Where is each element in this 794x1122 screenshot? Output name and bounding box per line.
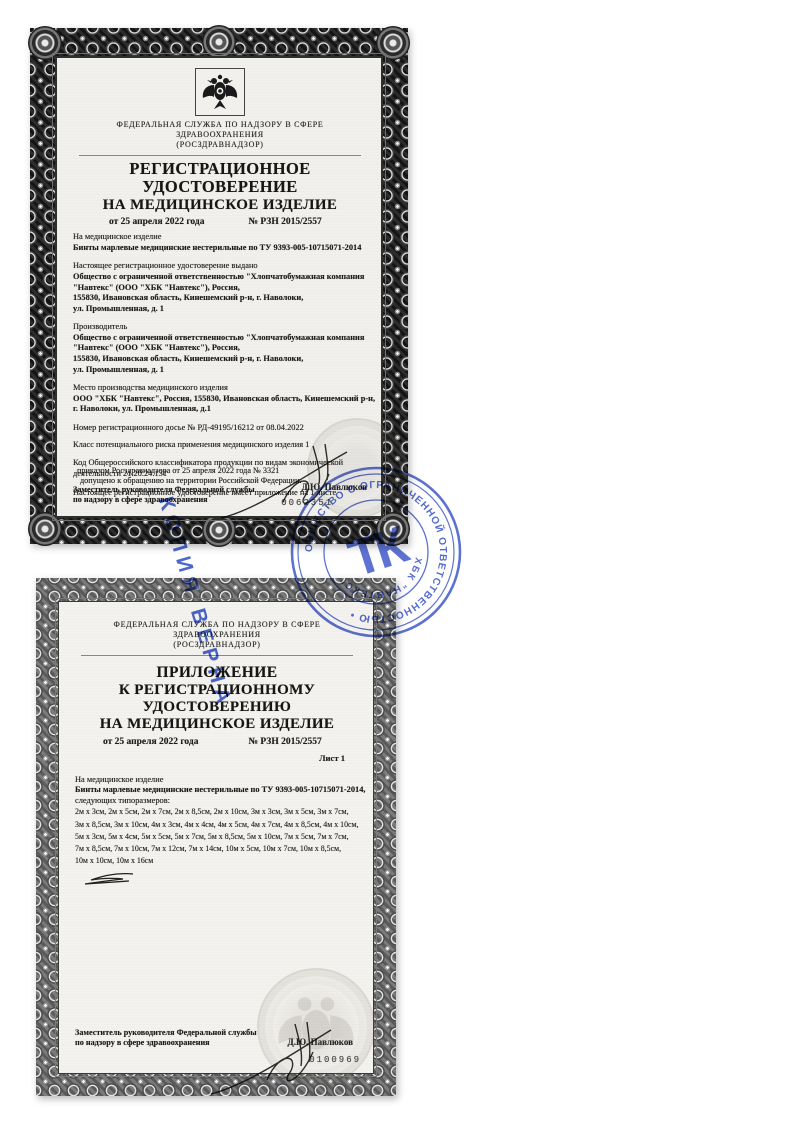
sizes-line: 7м х 8,5см, 7м х 10см, 7м х 12см, 7м х 1… xyxy=(75,843,359,855)
agency-line2: (РОСЗДРАВНАДЗОР) xyxy=(73,140,367,150)
sizes-line: 5м х 3см, 5м х 4см, 5м х 5см, 5м х 7см, … xyxy=(75,831,359,843)
product-name: Бинты марлевые медицинские нестерильные … xyxy=(73,243,367,254)
certificate-title-line1: РЕГИСТРАЦИОННОЕ УДОСТОВЕРЕНИЕ xyxy=(73,160,367,197)
issued-label: Настоящее регистрационное удостоверение … xyxy=(73,261,367,272)
divider xyxy=(79,155,361,156)
product-name: Бинты марлевые медицинские нестерильные … xyxy=(75,785,359,796)
signature xyxy=(209,1018,359,1102)
certificate-page: ФЕДЕРАЛЬНАЯ СЛУЖБА ПО НАДЗОРУ В СФЕРЕ ЗД… xyxy=(55,56,383,518)
scanned-page: ФЕДЕРАЛЬНАЯ СЛУЖБА ПО НАДЗОРУ В СФЕРЕ ЗД… xyxy=(0,0,794,1122)
issue-date: от 25 апреля 2022 года xyxy=(109,217,204,227)
issued-to-line: Общество с ограниченной ответственностью… xyxy=(73,272,367,283)
list-end-flourish xyxy=(83,870,139,888)
sizes-line: 10м х 10см, 10м х 16см xyxy=(75,855,359,867)
agency-line1: ФЕДЕРАЛЬНАЯ СЛУЖБА ПО НАДЗОРУ В СФЕРЕ ЗД… xyxy=(73,120,367,140)
date-number-row: от 25 апреля 2022 года № РЗН 2015/2557 xyxy=(73,217,367,227)
border-ornament xyxy=(376,26,410,60)
place-line: г. Наволоки, ул. Промышленная, д.1 xyxy=(73,404,367,415)
border-ornament xyxy=(28,26,62,60)
issued-to-line: "Навтекс" (ООО "ХБК "Навтекс"), Россия, xyxy=(73,283,367,294)
manufacturer-line: ул. Промышленная, д. 1 xyxy=(73,365,367,376)
place-line: ООО "ХБК "Навтекс", Россия, 155830, Иван… xyxy=(73,394,367,405)
registration-number: № РЗН 2015/2557 xyxy=(248,737,321,747)
manufacturer-line: "Навтекс" (ООО "ХБК "Навтекс"), Россия, xyxy=(73,343,367,354)
coat-of-arms xyxy=(195,68,245,116)
issued-to-line: ул. Промышленная, д. 1 xyxy=(73,304,367,315)
manufacturer-line: Общество с ограниченной ответственностью… xyxy=(73,333,367,344)
registration-number: № РЗН 2015/2557 xyxy=(248,217,321,227)
annex-title-line3: НА МЕДИЦИНСКОЕ ИЗДЕЛИЕ xyxy=(75,716,359,733)
sizes-list: 2м х 3см, 2м х 5см, 2м х 7см, 2м х 8,5см… xyxy=(75,806,359,867)
sizes-line: 3м х 8,5см, 3м х 10см, 4м х 3см, 4м х 4с… xyxy=(75,819,359,831)
sizes-intro: следующих типоразмеров: xyxy=(75,796,359,807)
issue-date: от 25 апреля 2022 года xyxy=(103,737,198,747)
product-intro: На медицинское изделие xyxy=(73,232,367,243)
manufacturer-label: Производитель xyxy=(73,322,367,333)
double-headed-eagle-icon xyxy=(200,72,240,112)
issued-to-line: 155830, Ивановская область, Кинешемский … xyxy=(73,293,367,304)
place-label: Место производства медицинского изделия xyxy=(73,383,367,394)
border-ornament xyxy=(202,25,236,59)
certificate-title-line2: НА МЕДИЦИНСКОЕ ИЗДЕЛИЕ xyxy=(73,197,367,214)
sheet-number: Лист 1 xyxy=(75,753,345,763)
product-intro: На медицинское изделие xyxy=(75,775,359,786)
date-number-row: от 25 апреля 2022 года № РЗН 2015/2557 xyxy=(75,737,359,747)
agency-name: ФЕДЕРАЛЬНАЯ СЛУЖБА ПО НАДЗОРУ В СФЕРЕ ЗД… xyxy=(73,120,367,150)
manufacturer-line: 155830, Ивановская область, Кинешемский … xyxy=(73,354,367,365)
company-round-stamp: ОБЩЕСТВО С ОГРАНИЧЕННОЙ ОТВЕТСТВЕННОСТЬЮ… xyxy=(288,464,464,640)
sizes-line: 2м х 3см, 2м х 5см, 2м х 7см, 2м х 8,5см… xyxy=(75,806,359,818)
